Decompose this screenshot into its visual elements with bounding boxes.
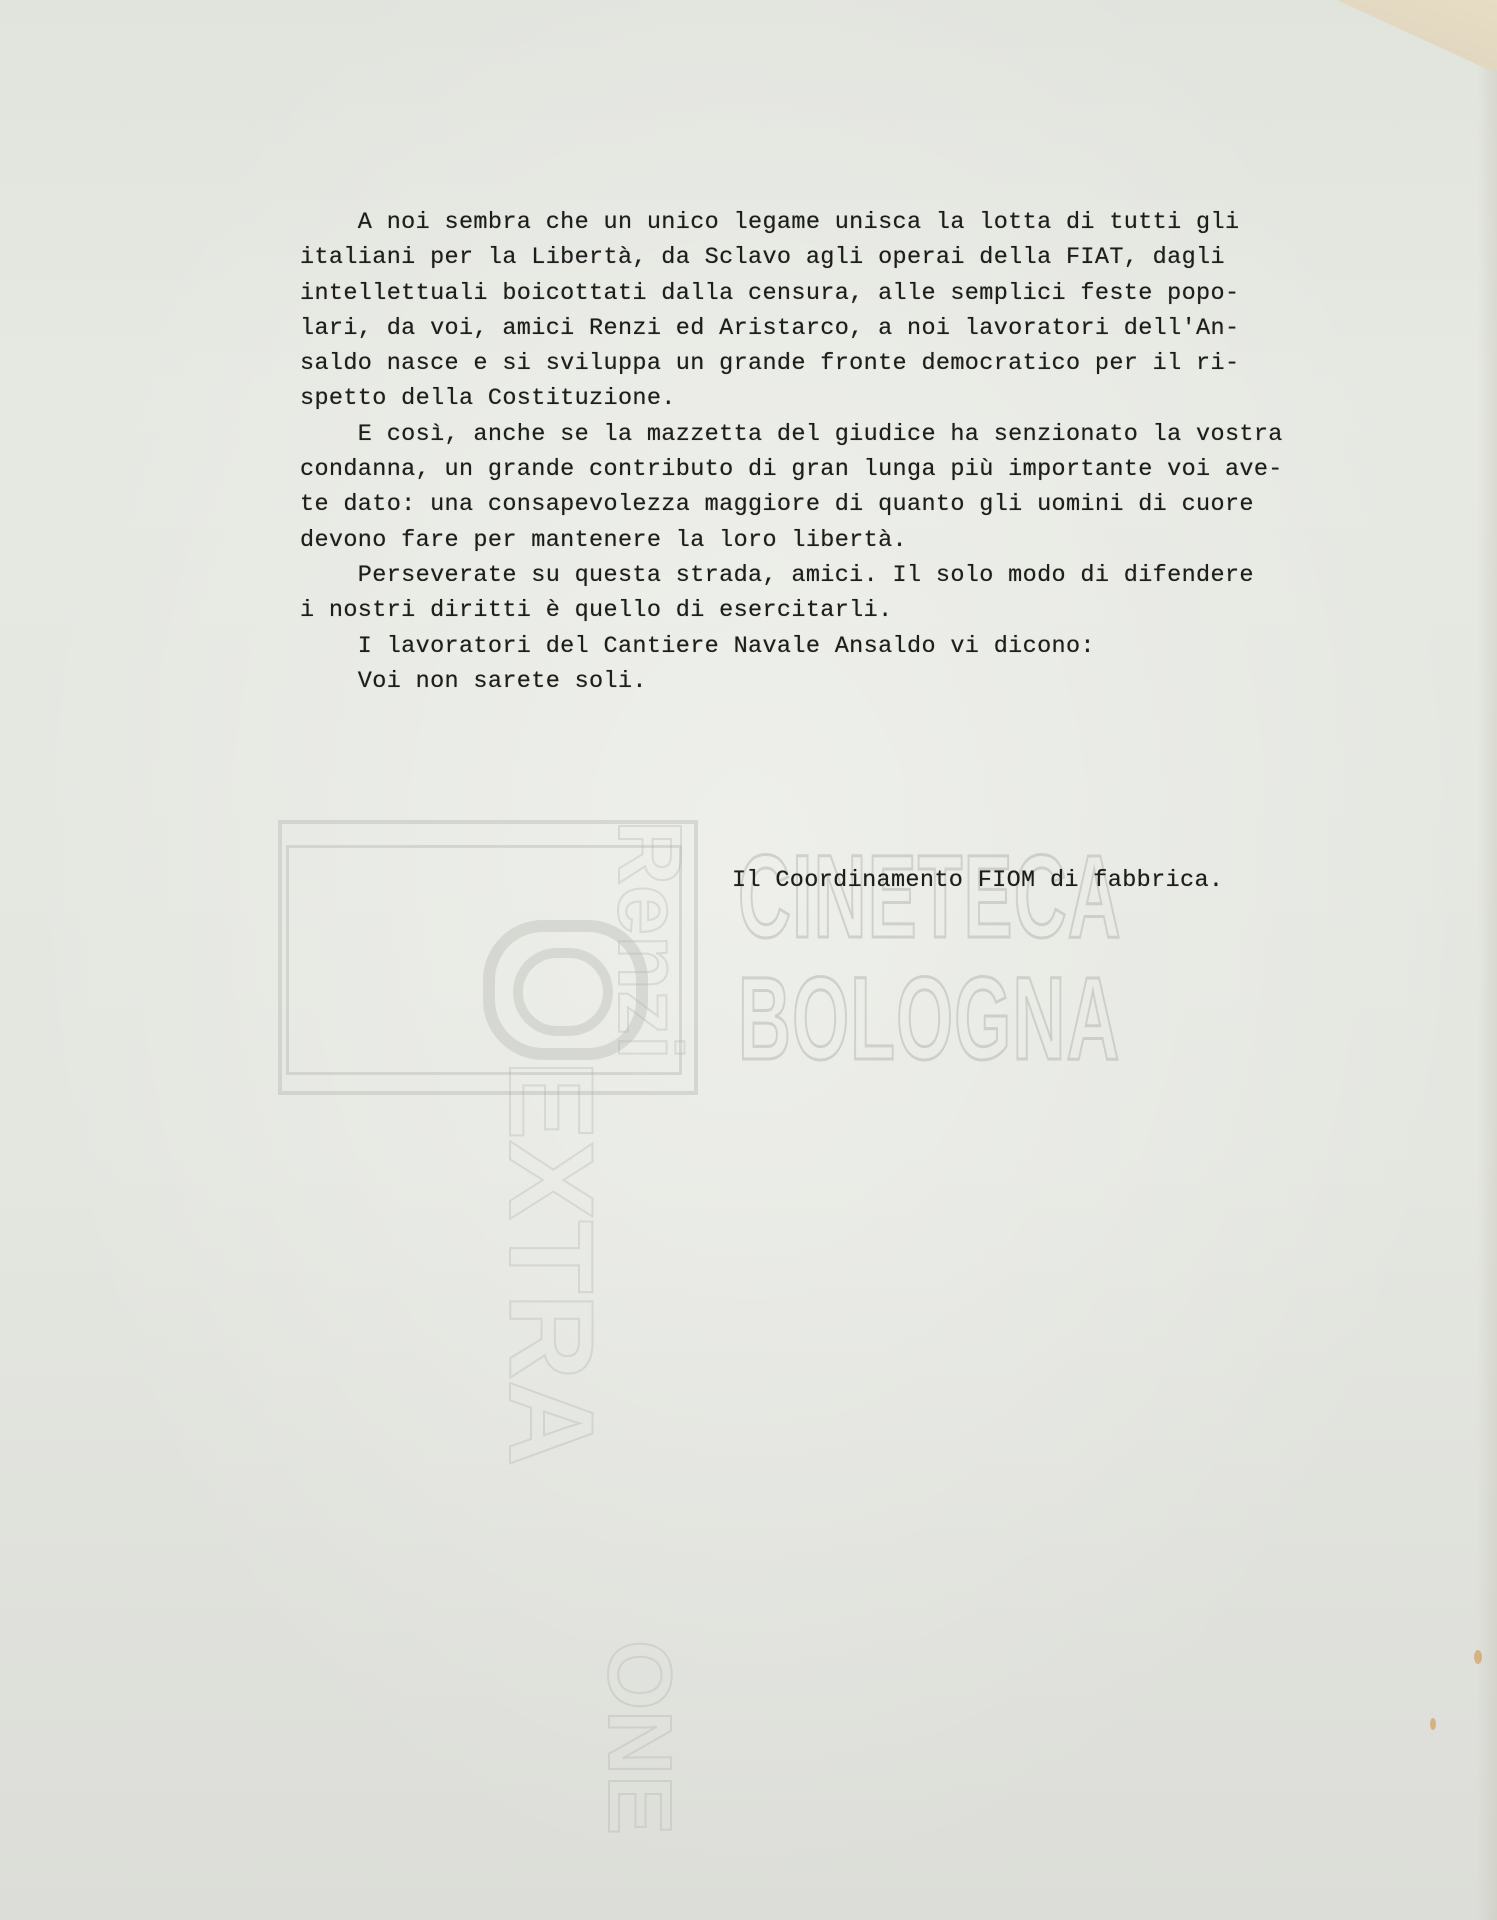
text-line: te dato: una consapevolezza maggiore di … [300, 487, 1360, 522]
text-line: A noi sembra che un unico legame unisca … [300, 205, 1360, 240]
rust-stain [1430, 1718, 1436, 1730]
text-line: condanna, un grande contributo di gran l… [300, 452, 1360, 487]
text-line: Perseverate su questa strada, amici. Il … [300, 558, 1360, 593]
text-line: E così, anche se la mazzetta del giudice… [300, 417, 1360, 452]
paragraph-2: E così, anche se la mazzetta del giudice… [300, 417, 1360, 558]
paragraph-5: Voi non sarete soli. [300, 664, 1360, 699]
text-line: I lavoratori del Cantiere Navale Ansaldo… [300, 629, 1360, 664]
paragraph-4: I lavoratori del Cantiere Navale Ansaldo… [300, 629, 1360, 664]
signature: Il Coordinamento FIOM di fabbrica. [732, 863, 1223, 898]
paper-edge-shadow [1477, 0, 1497, 1920]
text-line: i nostri diritti è quello di esercitarli… [300, 593, 1360, 628]
text-line: devono fare per mantenere la loro libert… [300, 523, 1360, 558]
text-line: intellettuali boicottati dalla censura, … [300, 276, 1360, 311]
paragraph-3: Perseverate su questa strada, amici. Il … [300, 558, 1360, 629]
text-line: lari, da voi, amici Renzi ed Aristarco, … [300, 311, 1360, 346]
text-line: spetto della Costituzione. [300, 381, 1360, 416]
rust-stain [1474, 1650, 1482, 1664]
text-line: italiani per la Libertà, da Sclavo agli … [300, 240, 1360, 275]
text-line: saldo nasce e si sviluppa un grande fron… [300, 346, 1360, 381]
text-line: Voi non sarete soli. [300, 664, 1360, 699]
paragraph-1: A noi sembra che un unico legame unisca … [300, 205, 1360, 417]
letter-body: A noi sembra che un unico legame unisca … [300, 205, 1360, 699]
